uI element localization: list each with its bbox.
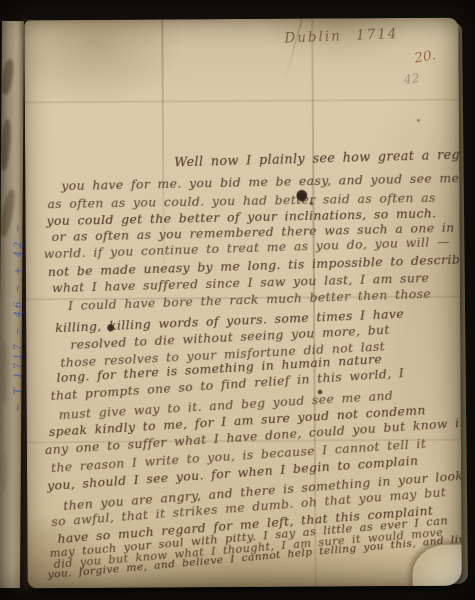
ink-blot <box>309 202 313 206</box>
folio-number-pencil: 42 <box>403 70 421 87</box>
folio-number-ink: 20. <box>413 47 437 66</box>
letter-line: Well now I plainly see how great a regar… <box>174 146 462 169</box>
ink-blot <box>417 119 420 122</box>
ink-blots <box>24 18 458 21</box>
letter-body: Well now I plainly see how great a regar… <box>24 18 458 21</box>
ink-showthrough-mark <box>0 119 12 172</box>
archival-inscription-blue: ~ T 1717 ~ 46 ~ + 42 ~ <box>13 60 29 412</box>
ink-showthrough-mark <box>0 341 8 405</box>
fold-crease-branch <box>284 20 303 80</box>
ink-showthrough-mark <box>1 451 8 491</box>
letter-page: Dublin 1714 20. 42 Well now I plainly se… <box>24 18 461 589</box>
manuscript-photo: ~ T 1717 ~ 46 ~ + 42 ~ Dublin 1714 20. 4… <box>0 0 475 600</box>
fold-crease-horizontal-top <box>25 99 459 104</box>
letter-line: you have for me. you bid me be easy, and… <box>61 171 459 193</box>
dog-eared-corner <box>412 545 461 589</box>
date-annotation: Dublin 1714 <box>284 26 399 47</box>
ink-blot <box>296 190 307 202</box>
ink-blot <box>107 324 114 332</box>
ink-blot <box>318 390 323 395</box>
